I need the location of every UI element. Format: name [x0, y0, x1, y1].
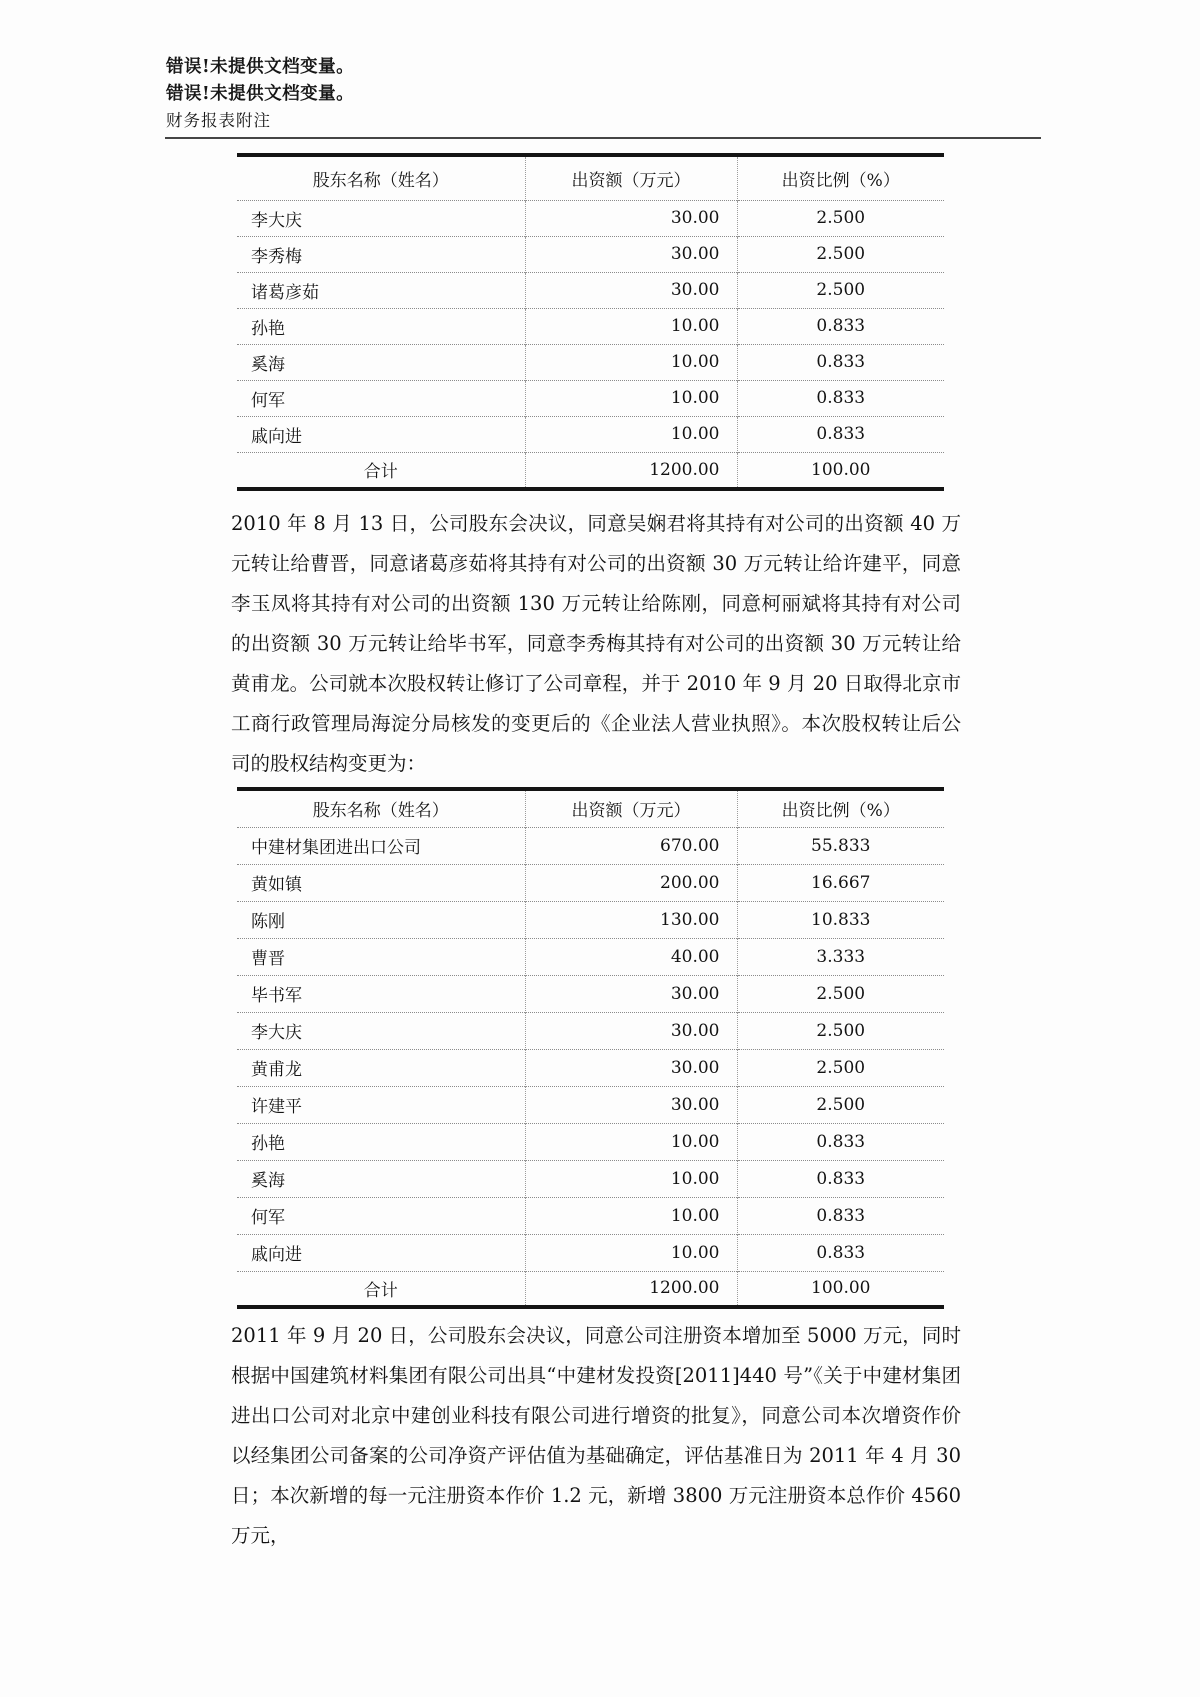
- cell-ratio: 0.833: [737, 344, 944, 380]
- cell-amount: 10.00: [525, 1123, 737, 1160]
- cell-ratio: 0.833: [737, 308, 944, 344]
- cell-ratio: 2.500: [737, 1012, 944, 1049]
- cell-amount: 30.00: [525, 1086, 737, 1123]
- column-header-shareholder-name: 股东名称（姓名）: [237, 789, 525, 827]
- table-header-row: 股东名称（姓名） 出资额（万元） 出资比例（%）: [237, 155, 944, 200]
- header-error-line-2: 错误!未提供文档变量。: [166, 81, 354, 108]
- table-row: 黄如镇200.0016.667: [237, 864, 944, 901]
- cell-amount: 40.00: [525, 938, 737, 975]
- total-row: 合计 1200.00 100.00: [237, 1271, 944, 1307]
- column-header-amount: 出资额（万元）: [525, 789, 737, 827]
- cell-name: 毕书军: [237, 975, 525, 1012]
- cell-ratio: 2.500: [737, 200, 944, 236]
- page-header: 错误!未提供文档变量。 错误!未提供文档变量。 财务报表附注: [166, 54, 354, 134]
- cell-name: 中建材集团进出口公司: [237, 827, 525, 864]
- table-row: 戚向进10.000.833: [237, 416, 944, 452]
- cell-amount: 200.00: [525, 864, 737, 901]
- cell-amount: 30.00: [525, 1049, 737, 1086]
- table-row: 中建材集团进出口公司670.0055.833: [237, 827, 944, 864]
- shareholder-table-after-transfer: 股东名称（姓名） 出资额（万元） 出资比例（%） 中建材集团进出口公司670.0…: [237, 787, 944, 1309]
- cell-amount: 10.00: [525, 308, 737, 344]
- table-row: 许建平30.002.500: [237, 1086, 944, 1123]
- cell-name: 孙艳: [237, 308, 525, 344]
- cell-name: 李大庆: [237, 1012, 525, 1049]
- cell-name: 戚向进: [237, 416, 525, 452]
- cell-name: 李秀梅: [237, 236, 525, 272]
- cell-ratio: 2.500: [737, 236, 944, 272]
- cell-ratio: 2.500: [737, 1049, 944, 1086]
- paragraph-capital-increase-2011: 2011 年 9 月 20 日，公司股东会决议，同意公司注册资本增加至 5000…: [231, 1316, 961, 1556]
- table-row: 奚海10.000.833: [237, 1160, 944, 1197]
- table-row: 李大庆30.002.500: [237, 200, 944, 236]
- cell-amount: 30.00: [525, 1012, 737, 1049]
- table-row: 陈刚130.0010.833: [237, 901, 944, 938]
- cell-amount: 10.00: [525, 380, 737, 416]
- table-row: 戚向进10.000.833: [237, 1234, 944, 1271]
- cell-amount: 10.00: [525, 1234, 737, 1271]
- cell-ratio: 55.833: [737, 827, 944, 864]
- cell-name: 李大庆: [237, 200, 525, 236]
- cell-name: 何军: [237, 1197, 525, 1234]
- header-divider: [165, 137, 1041, 139]
- table-row: 奚海10.000.833: [237, 344, 944, 380]
- column-header-ratio: 出资比例（%）: [737, 789, 944, 827]
- table-row: 孙艳10.000.833: [237, 308, 944, 344]
- table-row: 李大庆30.002.500: [237, 1012, 944, 1049]
- cell-ratio: 10.833: [737, 901, 944, 938]
- cell-name: 许建平: [237, 1086, 525, 1123]
- header-error-line-1: 错误!未提供文档变量。: [166, 54, 354, 81]
- cell-amount: 30.00: [525, 272, 737, 308]
- column-header-amount: 出资额（万元）: [525, 155, 737, 200]
- cell-amount: 30.00: [525, 975, 737, 1012]
- total-ratio: 100.00: [737, 1271, 944, 1307]
- total-amount: 1200.00: [525, 452, 737, 489]
- cell-name: 曹晋: [237, 938, 525, 975]
- cell-name: 戚向进: [237, 1234, 525, 1271]
- table-row: 孙艳10.000.833: [237, 1123, 944, 1160]
- cell-ratio: 2.500: [737, 975, 944, 1012]
- table-row: 毕书军30.002.500: [237, 975, 944, 1012]
- cell-ratio: 2.500: [737, 272, 944, 308]
- table-row: 黄甫龙30.002.500: [237, 1049, 944, 1086]
- table-row: 李秀梅30.002.500: [237, 236, 944, 272]
- cell-ratio: 0.833: [737, 1197, 944, 1234]
- cell-name: 诸葛彦茹: [237, 272, 525, 308]
- cell-ratio: 3.333: [737, 938, 944, 975]
- table-row: 何军10.000.833: [237, 380, 944, 416]
- cell-ratio: 0.833: [737, 416, 944, 452]
- cell-name: 黄如镇: [237, 864, 525, 901]
- cell-name: 奚海: [237, 344, 525, 380]
- header-section-title: 财务报表附注: [166, 108, 354, 134]
- cell-amount: 130.00: [525, 901, 737, 938]
- cell-name: 奚海: [237, 1160, 525, 1197]
- cell-amount: 670.00: [525, 827, 737, 864]
- cell-amount: 10.00: [525, 416, 737, 452]
- total-ratio: 100.00: [737, 452, 944, 489]
- shareholder-table-before-transfer: 股东名称（姓名） 出资额（万元） 出资比例（%） 李大庆30.002.500李秀…: [237, 153, 944, 491]
- total-row: 合计 1200.00 100.00: [237, 452, 944, 489]
- cell-ratio: 16.667: [737, 864, 944, 901]
- table-header-row: 股东名称（姓名） 出资额（万元） 出资比例（%）: [237, 789, 944, 827]
- total-label: 合计: [237, 452, 525, 489]
- cell-amount: 30.00: [525, 236, 737, 272]
- cell-ratio: 0.833: [737, 380, 944, 416]
- cell-amount: 10.00: [525, 344, 737, 380]
- paragraph-equity-transfer-2010: 2010 年 8 月 13 日，公司股东会决议，同意吴娴君将其持有对公司的出资额…: [231, 504, 961, 784]
- total-label: 合计: [237, 1271, 525, 1307]
- cell-ratio: 2.500: [737, 1086, 944, 1123]
- column-header-ratio: 出资比例（%）: [737, 155, 944, 200]
- table-row: 诸葛彦茹30.002.500: [237, 272, 944, 308]
- cell-name: 陈刚: [237, 901, 525, 938]
- total-amount: 1200.00: [525, 1271, 737, 1307]
- cell-amount: 30.00: [525, 200, 737, 236]
- cell-name: 黄甫龙: [237, 1049, 525, 1086]
- cell-ratio: 0.833: [737, 1123, 944, 1160]
- table-row: 曹晋40.003.333: [237, 938, 944, 975]
- cell-ratio: 0.833: [737, 1234, 944, 1271]
- table-row: 何军10.000.833: [237, 1197, 944, 1234]
- cell-amount: 10.00: [525, 1197, 737, 1234]
- cell-name: 孙艳: [237, 1123, 525, 1160]
- cell-amount: 10.00: [525, 1160, 737, 1197]
- column-header-shareholder-name: 股东名称（姓名）: [237, 155, 525, 200]
- document-page: 错误!未提供文档变量。 错误!未提供文档变量。 财务报表附注 股东名称（姓名） …: [0, 0, 1200, 1697]
- cell-ratio: 0.833: [737, 1160, 944, 1197]
- cell-name: 何军: [237, 380, 525, 416]
